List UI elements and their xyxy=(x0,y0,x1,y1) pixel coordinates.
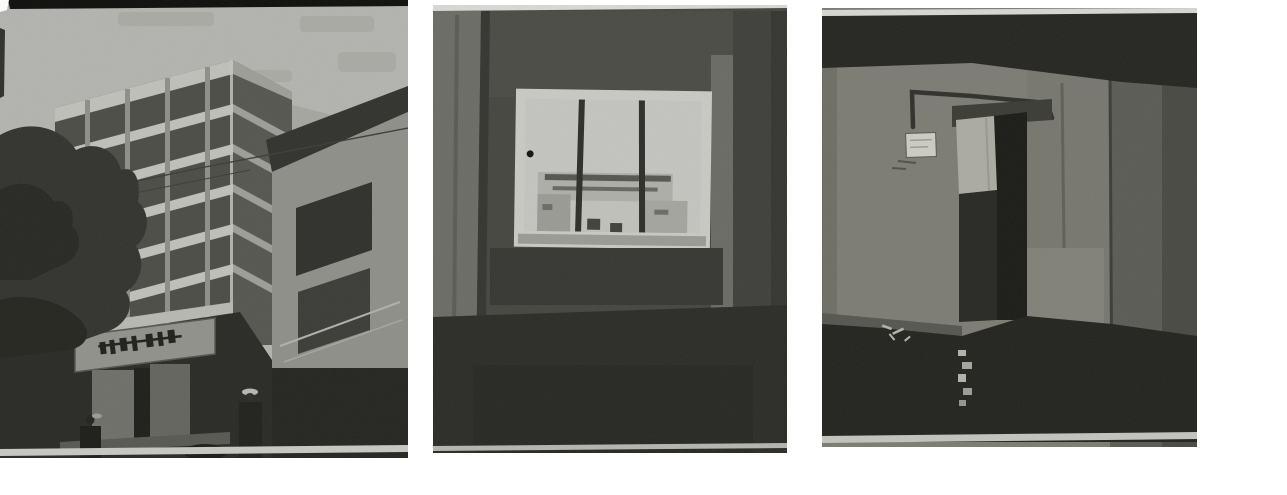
scanned-photo-sheet xyxy=(0,0,1287,495)
interior-doorway-photo xyxy=(822,8,1197,447)
film-grain xyxy=(822,8,1197,447)
room-window-photo xyxy=(433,5,787,453)
building-exterior-photo xyxy=(0,0,408,458)
film-grain xyxy=(433,5,787,453)
film-grain xyxy=(0,0,408,458)
